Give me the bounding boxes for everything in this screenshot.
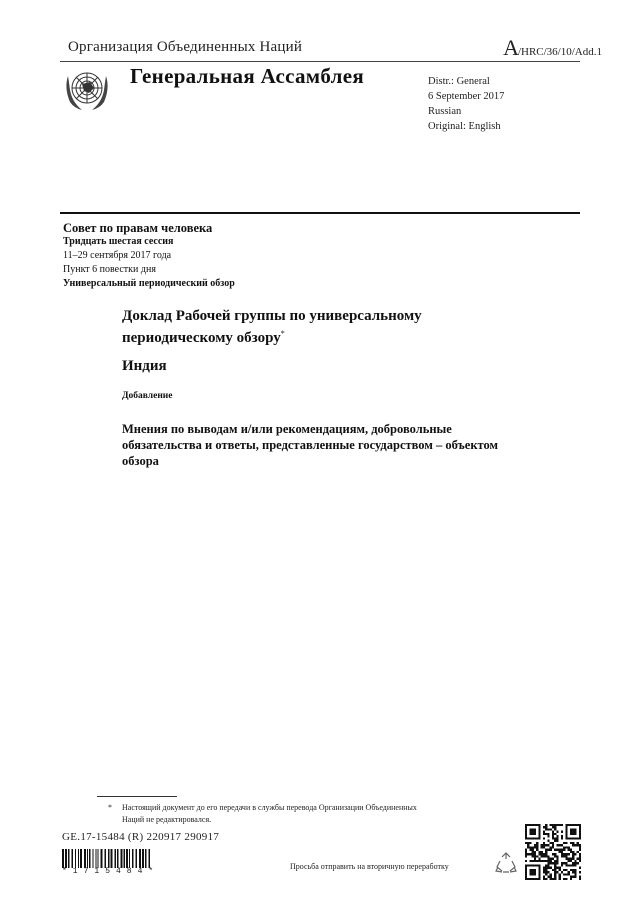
- report-title: Доклад Рабочей группы по универсальному …: [122, 307, 502, 347]
- distr-date: 6 September 2017: [428, 89, 504, 104]
- agenda-item: Пункт 6 повестки дня: [63, 263, 235, 277]
- section-rule: [60, 212, 580, 214]
- footnote-rule: [97, 796, 177, 797]
- country-name: Индия: [122, 358, 167, 375]
- footnote-mark: *: [108, 802, 122, 814]
- distr-language: Russian: [428, 104, 504, 119]
- session-name: Тридцать шестая сессия: [63, 235, 235, 249]
- barcode-icon: [62, 849, 150, 868]
- council-name: Совет по правам человека: [63, 221, 235, 235]
- distribution-block: Distr.: General 6 September 2017 Russian…: [428, 74, 504, 134]
- footnote-line-2: Наций не редактировался.: [108, 814, 528, 826]
- agenda-title: Универсальный периодический обзор: [63, 277, 235, 291]
- qr-code-icon: [525, 824, 581, 880]
- body-name: Генеральная Ассамблея: [130, 64, 364, 89]
- job-number: GE.17-15484 (R) 220917 290917: [62, 831, 219, 843]
- barcode-number: *1715484*: [62, 867, 159, 876]
- session-dates: 11–29 сентября 2017 года: [63, 249, 235, 263]
- footnote-line-1: Настоящий документ до его передачи в слу…: [122, 803, 417, 812]
- distr-label: Distr.: General: [428, 74, 504, 89]
- symbol-rest: /HRC/36/10/Add.1: [518, 46, 602, 58]
- footnote-reference[interactable]: *: [281, 329, 285, 338]
- organization-name: Организация Объединенных Наций: [68, 39, 302, 56]
- recycle-icon: [494, 851, 518, 875]
- recycle-text: Просьба отправить на вторичную переработ…: [290, 862, 449, 871]
- addendum-label: Добавление: [122, 391, 173, 401]
- symbol-prefix: A: [503, 35, 518, 60]
- document-symbol: A/HRC/36/10/Add.1: [503, 35, 602, 61]
- distr-original: Original: English: [428, 119, 504, 134]
- footnote: *Настоящий документ до его передачи в сл…: [108, 802, 528, 826]
- report-title-text: Доклад Рабочей группы по универсальному …: [122, 308, 422, 346]
- un-emblem-icon: [62, 66, 112, 112]
- council-block: Совет по правам человека Тридцать шестая…: [63, 221, 235, 291]
- report-subtitle: Мнения по выводам и/или рекомендациям, д…: [122, 421, 512, 469]
- header-rule: [60, 61, 580, 62]
